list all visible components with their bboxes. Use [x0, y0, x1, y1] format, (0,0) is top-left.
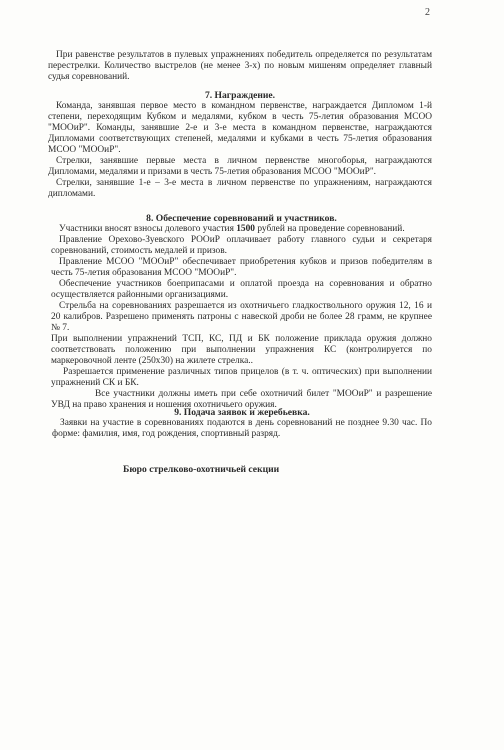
- section-8-paragraph: Разрешается применение различных типов п…: [51, 367, 432, 389]
- fee-text-after: рублей на проведение соревнований.: [255, 224, 405, 234]
- section-7-paragraph: Стрелки, занявшие первые места в личном …: [48, 156, 432, 178]
- section-7-paragraph: Команда, занявшая первое место в командн…: [48, 101, 432, 156]
- signature: Бюро стрелково-охотничьей секции: [123, 464, 279, 475]
- page-number: 2: [425, 7, 430, 18]
- section-9-paragraph: Заявки на участие в соревнованиях подают…: [52, 418, 432, 440]
- section-8-paragraph: При выполнении упражнений ТСП, КС, ПД и …: [51, 334, 432, 367]
- section-8-heading: 8. Обеспечение соревнований и участников…: [51, 213, 432, 224]
- fee-amount: 1500: [236, 224, 255, 234]
- section-8-fee-paragraph: Участники вносят взносы долевого участия…: [51, 224, 432, 235]
- section-9: 9. Подача заявок и жеребьевка. Заявки на…: [52, 407, 432, 440]
- section-8-paragraph: Правление МСОО "МООиР" обеспечивает прио…: [51, 257, 432, 279]
- intro-paragraph: При равенстве результатов в пулевых упра…: [48, 50, 432, 83]
- fee-text-before: Участники вносят взносы долевого участия: [59, 224, 236, 234]
- section-8: 8. Обеспечение соревнований и участников…: [51, 213, 432, 411]
- section-8-paragraph: Правление Орехово-Зуевского РООиР оплачи…: [51, 235, 432, 257]
- section-9-heading: 9. Подача заявок и жеребьевка.: [52, 407, 432, 418]
- section-7-heading: 7. Награждение.: [48, 90, 432, 101]
- section-8-paragraph: Обеспечение участников боеприпасами и оп…: [51, 279, 432, 301]
- section-7-paragraph: Стрелки, занявшие 1-е – 3-е места в личн…: [48, 178, 432, 200]
- section-8-paragraph: Стрельба на соревнованиях разрешается из…: [51, 301, 432, 334]
- section-7: 7. Награждение. Команда, занявшая первое…: [48, 90, 432, 200]
- intro-block: При равенстве результатов в пулевых упра…: [48, 50, 432, 83]
